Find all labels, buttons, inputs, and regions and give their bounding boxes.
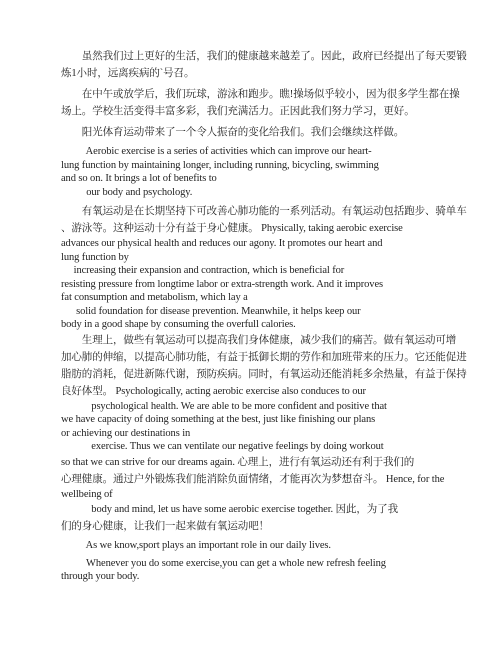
text-line: resisting pressure from longtime labor o…: [61, 278, 462, 292]
text-line: 虽然我们过上更好的生活，我们的健康越来越差了。因此，政府已经提出了每天要锻: [61, 48, 462, 65]
text-line: 脂肪的消耗，促进新陈代谢，预防疾病。同时，有氧运动还能消耗多余热量，有益于保持: [61, 366, 462, 383]
text-line: 在中午或放学后，我们玩球，游泳和跑步。瞧!操场似乎较小，因为很多学生都在操: [61, 86, 462, 103]
text-line: 场上。学校生活变得丰富多彩，我们充满活力。正因此我们努力学习，更好。: [61, 103, 462, 120]
text-line: lung function by: [61, 251, 462, 265]
text-line: 生理上，做些有氧运动可以提高我们身体健康，减少我们的痛苦。做有氧运动可增: [61, 332, 462, 349]
text-line: body in a good shape by consuming the ov…: [61, 318, 462, 332]
text-line: wellbeing of: [61, 488, 462, 502]
paragraph-intro-health: 虽然我们过上更好的生活，我们的健康越来越差了。因此，政府已经提出了每天要锻 炼1…: [61, 48, 462, 82]
text-line: 有氧运动是在长期坚持下可改善心肺功能的一系列活动。有氧运动包括跑步、骑单车: [61, 203, 462, 220]
text-line: and so on. It brings a lot of benefits t…: [61, 172, 462, 186]
text-line: As we know,sport plays an important role…: [61, 539, 462, 553]
paragraph-sport-role: As we know,sport plays an important role…: [61, 539, 462, 553]
text-line: increasing their expansion and contracti…: [61, 264, 462, 278]
text-line: Whenever you do some exercise,you can ge…: [61, 557, 462, 571]
text-line: our body and psychology.: [61, 186, 462, 200]
text-line: 心理健康。通过户外锻炼我们能消除负面情绪，才能再次为梦想奋斗。 Hence, f…: [61, 471, 462, 488]
text-line: so that we can strive for our dreams aga…: [61, 454, 462, 471]
text-line: Aerobic exercise is a series of activiti…: [61, 145, 462, 159]
text-line: 良好体型。 Psychologically, acting aerobic ex…: [61, 383, 462, 400]
text-line: fat consumption and metabolism, which la…: [61, 291, 462, 305]
text-line: psychological health. We are able to be …: [61, 400, 462, 414]
text-line: we have capacity of doing something at t…: [61, 413, 462, 427]
text-line: 阳光体育运动带来了一个令人振奋的变化给我们。我们会继续这样做。: [61, 124, 462, 141]
text-line: 、游泳等。这种运动十分有益于身心健康。 Physically, taking a…: [61, 220, 462, 237]
text-line: exercise. Thus we can ventilate our nega…: [61, 440, 462, 454]
paragraph-sunshine-sports: 阳光体育运动带来了一个令人振奋的变化给我们。我们会继续这样做。: [61, 124, 462, 141]
text-line: body and mind, let us have some aerobic …: [61, 501, 462, 518]
paragraph-school-sports: 在中午或放学后，我们玩球，游泳和跑步。瞧!操场似乎较小，因为很多学生都在操 场上…: [61, 86, 462, 120]
text-line: 们的身心健康，让我们一起来做有氧运动吧！: [61, 518, 462, 535]
text-line: 加心肺的伸缩，以提高心肺功能，有益于抵御长期的劳作和加班带来的压力。它还能促进: [61, 349, 462, 366]
document-page: 虽然我们过上更好的生活，我们的健康越来越差了。因此，政府已经提出了每天要锻 炼1…: [0, 0, 500, 647]
text-line: advances our physical health and reduces…: [61, 237, 462, 251]
paragraph-aerobic-body: 有氧运动是在长期坚持下可改善心肺功能的一系列活动。有氧运动包括跑步、骑单车 、游…: [61, 203, 462, 535]
paragraph-refresh-feeling: Whenever you do some exercise,you can ge…: [61, 557, 462, 584]
text-line: solid foundation for disease prevention.…: [61, 305, 462, 319]
text-line: through your body.: [61, 570, 462, 584]
text-line: or achieving our destinations in: [61, 427, 462, 441]
text-line: lung function by maintaining longer, inc…: [61, 159, 462, 173]
paragraph-aerobic-intro-en: Aerobic exercise is a series of activiti…: [61, 145, 462, 199]
text-line: 炼1小时，远离疾病的`号召。: [61, 65, 462, 82]
